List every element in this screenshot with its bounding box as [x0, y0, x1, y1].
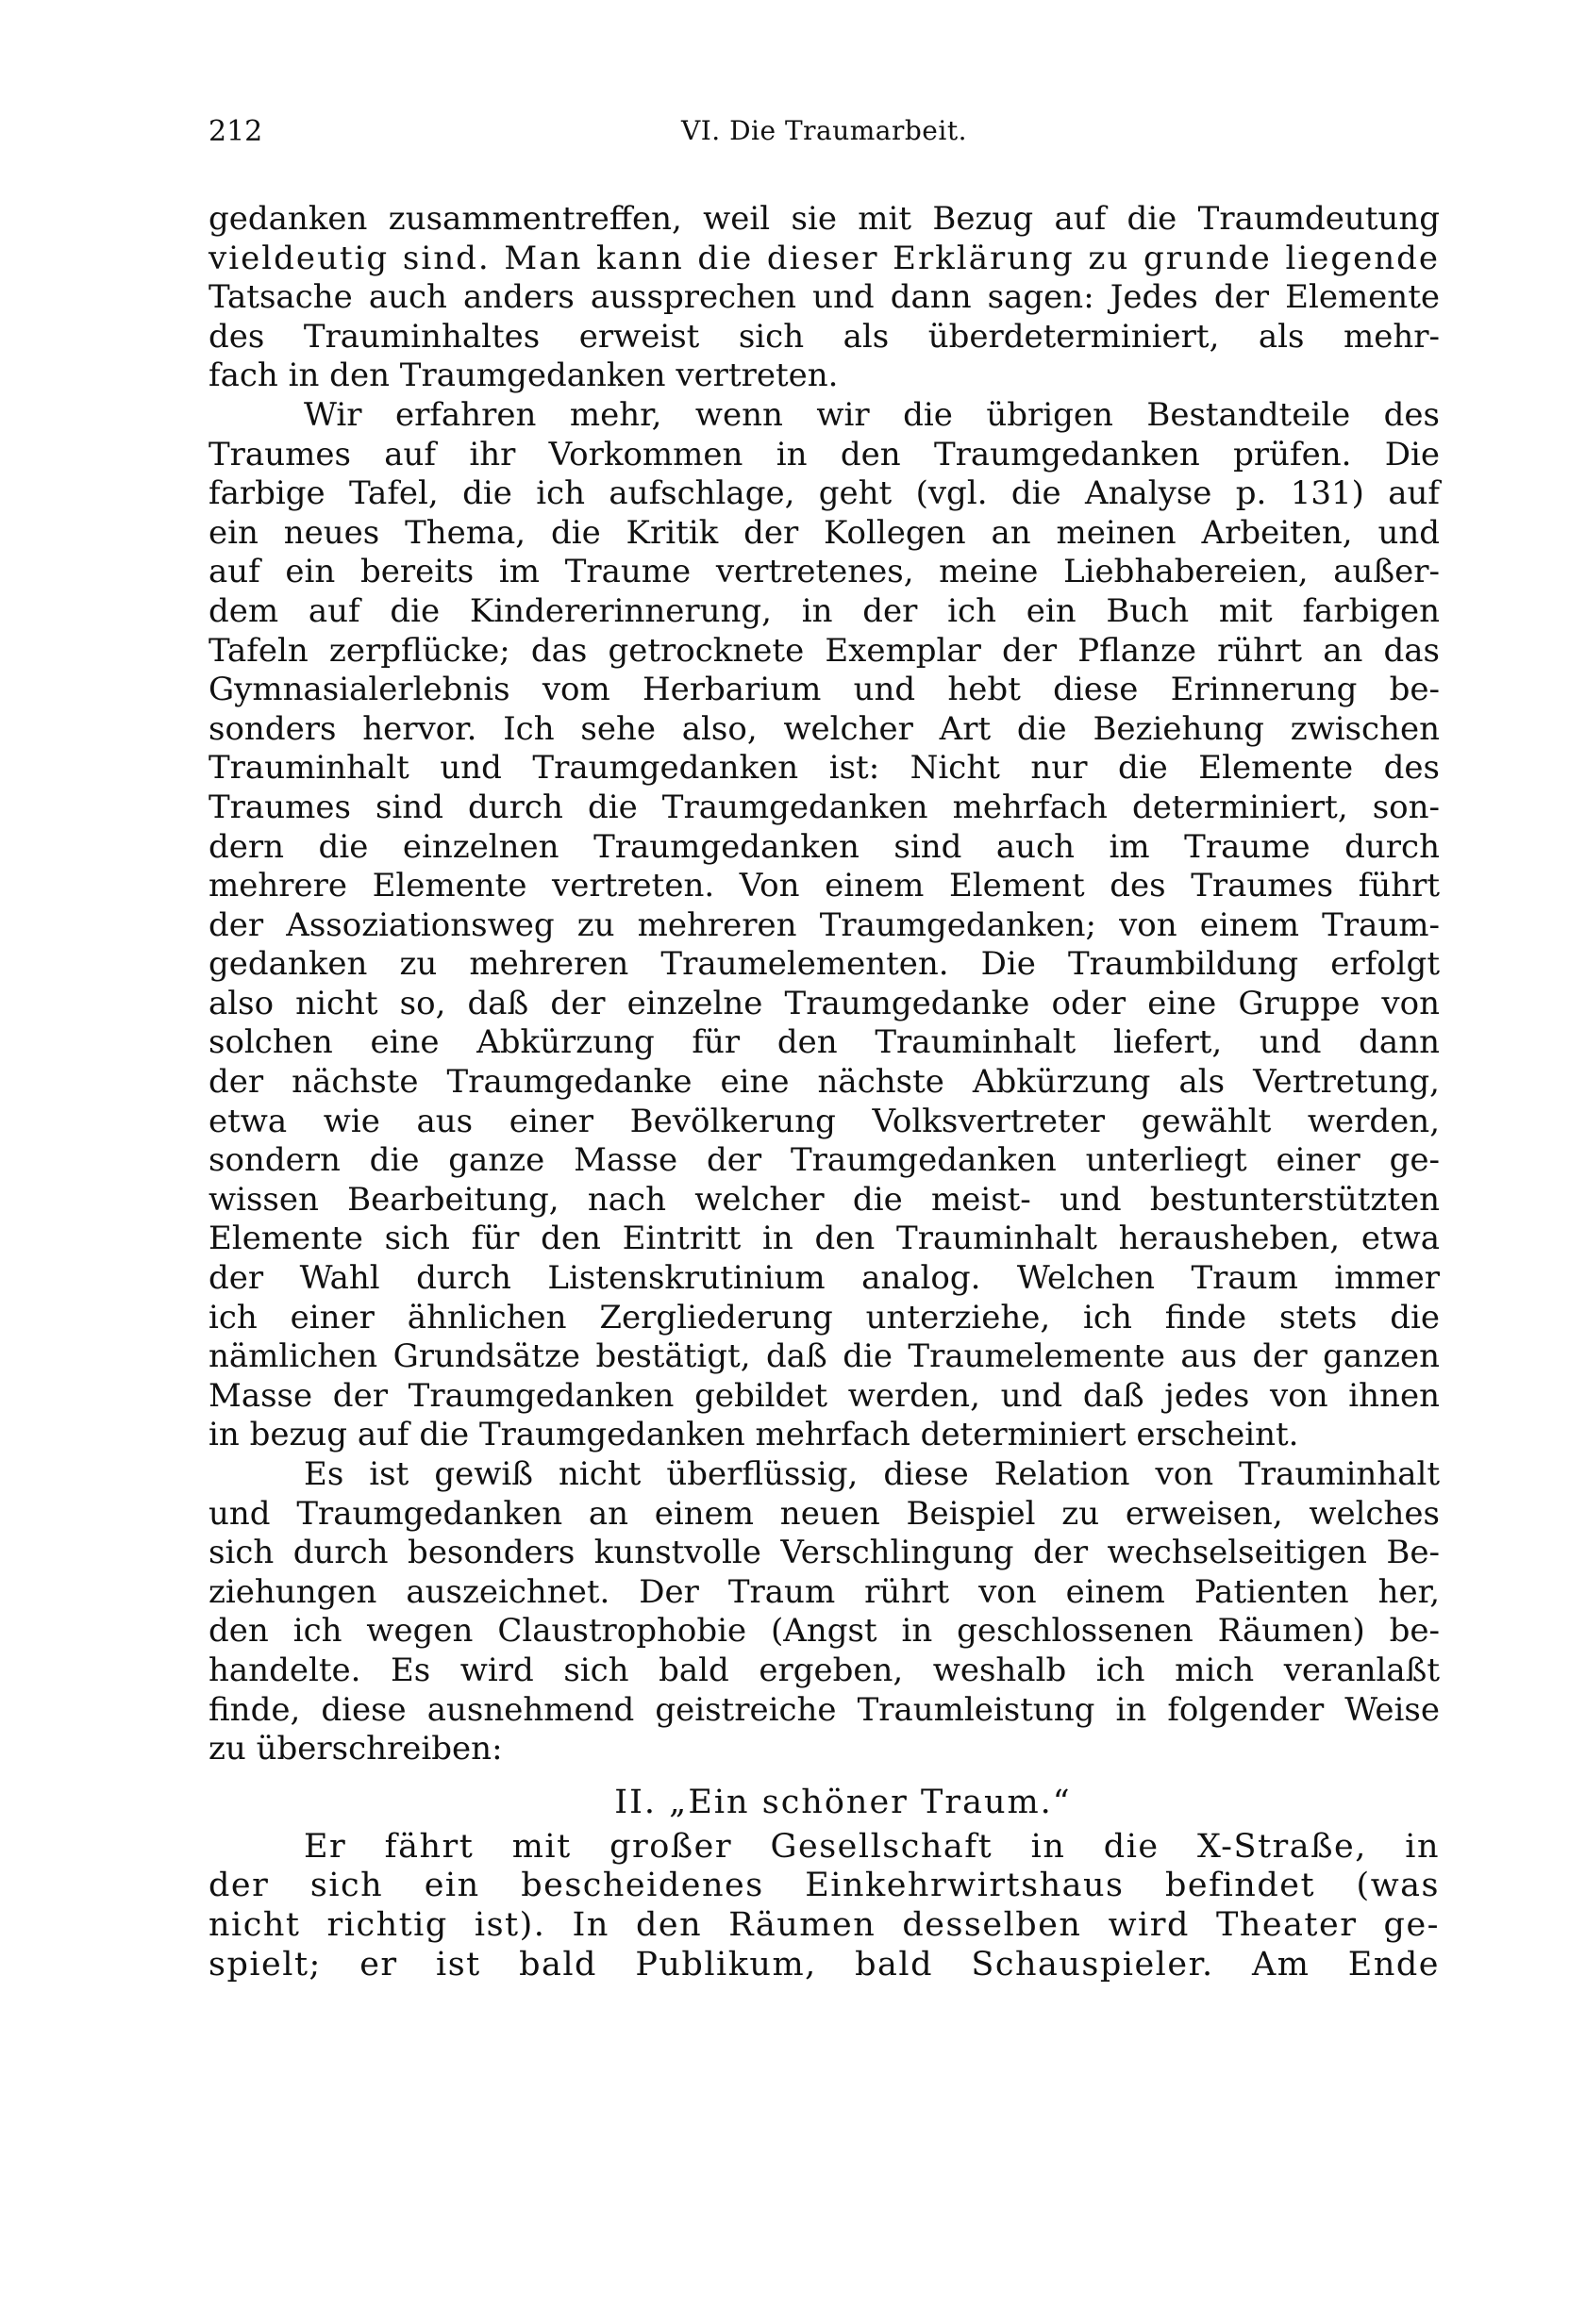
- text-line: vieldeutig sind. Man kann die dieser Erk…: [209, 240, 1440, 279]
- text-line: in bezug auf die Traumgedanken mehrfach …: [209, 1416, 1440, 1455]
- text-line: Tafeln zerpflücke; das getrocknete Exemp…: [209, 632, 1440, 672]
- text-line: sonders hervor. Ich sehe also, welcher A…: [209, 710, 1440, 750]
- text-line: ein neues Thema, die Kritik der Kollegen…: [209, 514, 1440, 554]
- text-line: finde, diese ausnehmend geistreiche Trau…: [209, 1691, 1440, 1731]
- text-line: ziehungen auszeichnet. Der Traum rührt v…: [209, 1573, 1440, 1613]
- book-page: 212 VI. Die Traumarbeit. gedanken zusamm…: [0, 0, 1569, 2324]
- text-line: also nicht so, daß der einzelne Traumged…: [209, 985, 1440, 1024]
- text-line: mehrere Elemente vertreten. Von einem El…: [209, 867, 1440, 906]
- text-line: der nächste Traumgedanke eine nächste Ab…: [209, 1063, 1440, 1103]
- paragraph-start-line: Es ist gewiß nicht überflüssig, diese Re…: [209, 1455, 1440, 1495]
- text-line: solchen eine Abkürzung für den Trauminha…: [209, 1023, 1440, 1063]
- chapter-title: VI. Die Traumarbeit.: [209, 115, 1440, 146]
- text-line: Gymnasialerlebnis vom Herbarium und hebt…: [209, 671, 1440, 710]
- text-line: sondern die ganze Masse der Traumgedanke…: [209, 1141, 1440, 1181]
- text-line: fach in den Traumgedanken vertreten.: [209, 357, 1440, 396]
- text-line: handelte. Es wird sich bald ergeben, wes…: [209, 1652, 1440, 1691]
- text-line: der Assoziationsweg zu mehreren Traumged…: [209, 906, 1440, 946]
- section-heading: II. „Ein schöner Traum.“: [209, 1769, 1440, 1828]
- text-line: wissen Bearbeitung, nach welcher die mei…: [209, 1181, 1440, 1220]
- text-line: Traumes auf ihr Vorkommen in den Traumge…: [209, 436, 1440, 475]
- text-line: farbige Tafel, die ich aufschlage, geht …: [209, 474, 1440, 514]
- text-line: sich durch besonders kunstvolle Verschli…: [209, 1534, 1440, 1573]
- dream-text-line: spielt; er ist bald Publikum, bald Schau…: [209, 1946, 1440, 1985]
- text-line: nämlichen Grundsätze bestätigt, daß die …: [209, 1337, 1440, 1377]
- text-line: ich einer ähnlichen Zergliederung unterz…: [209, 1299, 1440, 1338]
- text-line: Elemente sich für den Eintritt in den Tr…: [209, 1220, 1440, 1259]
- text-line: auf ein bereits im Traume vertretenes, m…: [209, 553, 1440, 592]
- text-line: zu überschreiben:: [209, 1730, 1440, 1769]
- text-line: gedanken zusammentreffen, weil sie mit B…: [209, 200, 1440, 240]
- text-line: Traumes sind durch die Traumgedanken meh…: [209, 788, 1440, 828]
- text-line: dem auf die Kindererinnerung, in der ich…: [209, 592, 1440, 632]
- text-line: etwa wie aus einer Bevölkerung Volksvert…: [209, 1103, 1440, 1142]
- dream-text-line: nicht richtig ist). In den Räumen dessel…: [209, 1906, 1440, 1946]
- text-line: und Traumgedanken an einem neuen Beispie…: [209, 1495, 1440, 1535]
- text-line: Masse der Traumgedanken gebildet werden,…: [209, 1377, 1440, 1417]
- text-line: der Wahl durch Listenskrutinium analog. …: [209, 1259, 1440, 1299]
- dream-text-line: der sich ein bescheidenes Einkehrwirtsha…: [209, 1867, 1440, 1906]
- text-line: des Trauminhaltes erweist sich als überd…: [209, 318, 1440, 357]
- dream-text-line: Er fährt mit großer Gesellschaft in die …: [209, 1828, 1440, 1867]
- text-line: Trauminhalt und Traumgedanken ist: Nicht…: [209, 749, 1440, 788]
- paragraph-start-line: Wir erfahren mehr, wenn wir die übrigen …: [209, 396, 1440, 436]
- running-head: 212 VI. Die Traumarbeit.: [209, 115, 1440, 157]
- text-line: den ich wegen Claustrophobie (Angst in g…: [209, 1612, 1440, 1652]
- text-line: dern die einzelnen Traumgedanken sind au…: [209, 828, 1440, 868]
- body-text: gedanken zusammentreffen, weil sie mit B…: [209, 200, 1440, 1984]
- text-line: gedanken zu mehreren Traumelementen. Die…: [209, 945, 1440, 985]
- text-line: Tatsache auch anders aussprechen und dan…: [209, 278, 1440, 318]
